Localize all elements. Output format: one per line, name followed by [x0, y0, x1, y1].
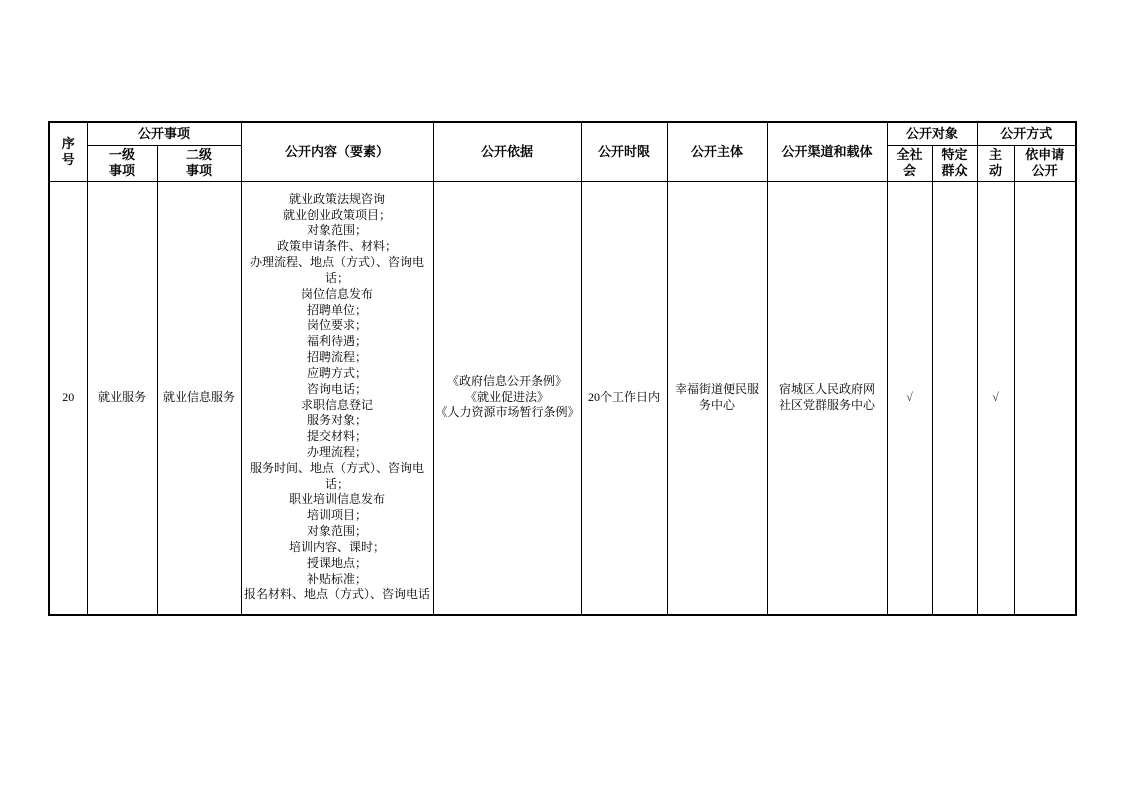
col-header-basis: 公开依据 — [433, 122, 581, 181]
col-header-subject: 公开主体 — [667, 122, 767, 181]
cell-audience-all-check: √ — [887, 181, 932, 615]
col-header-method-active: 主 动 — [977, 146, 1014, 182]
col-header-audience-all: 全社 会 — [887, 146, 932, 182]
cell-channel: 宿城区人民政府网 社区党群服务中心 — [767, 181, 887, 615]
cell-content: 就业政策法规咨询 就业创业政策项目； 对象范围； 政策申请条件、材料； 办理流程… — [241, 181, 433, 615]
col-header-audience-specific: 特定 群众 — [932, 146, 977, 182]
col-header-level2: 二级 事项 — [157, 146, 241, 182]
cell-audience-specific-check — [932, 181, 977, 615]
table-row: 20 就业服务 就业信息服务 就业政策法规咨询 就业创业政策项目； 对象范围； … — [49, 181, 1076, 615]
cell-level1: 就业服务 — [87, 181, 157, 615]
document-page: 序 号 公开事项 公开内容（要素） 公开依据 公开时限 公开主体 公开渠道和载体… — [0, 0, 1122, 793]
col-header-method-on-request: 依申请 公开 — [1014, 146, 1076, 182]
col-header-group-method: 公开方式 — [977, 122, 1076, 146]
col-header-channel: 公开渠道和载体 — [767, 122, 887, 181]
cell-basis: 《政府信息公开条例》 《就业促进法》 《人力资源市场暂行条例》 — [433, 181, 581, 615]
col-header-content: 公开内容（要素） — [241, 122, 433, 181]
cell-level2: 就业信息服务 — [157, 181, 241, 615]
col-header-time-limit: 公开时限 — [581, 122, 667, 181]
col-header-no: 序 号 — [49, 122, 87, 181]
header-row-group: 序 号 公开事项 公开内容（要素） 公开依据 公开时限 公开主体 公开渠道和载体… — [49, 122, 1076, 146]
cell-time-limit: 20个工作日内 — [581, 181, 667, 615]
cell-method-active-check: √ — [977, 181, 1014, 615]
col-header-group-items: 公开事项 — [87, 122, 241, 146]
disclosure-table: 序 号 公开事项 公开内容（要素） 公开依据 公开时限 公开主体 公开渠道和载体… — [48, 121, 1077, 616]
col-header-level1: 一级 事项 — [87, 146, 157, 182]
col-header-group-audience: 公开对象 — [887, 122, 977, 146]
cell-no: 20 — [49, 181, 87, 615]
cell-method-on-request-check — [1014, 181, 1076, 615]
cell-subject: 幸福街道便民服务中心 — [667, 181, 767, 615]
